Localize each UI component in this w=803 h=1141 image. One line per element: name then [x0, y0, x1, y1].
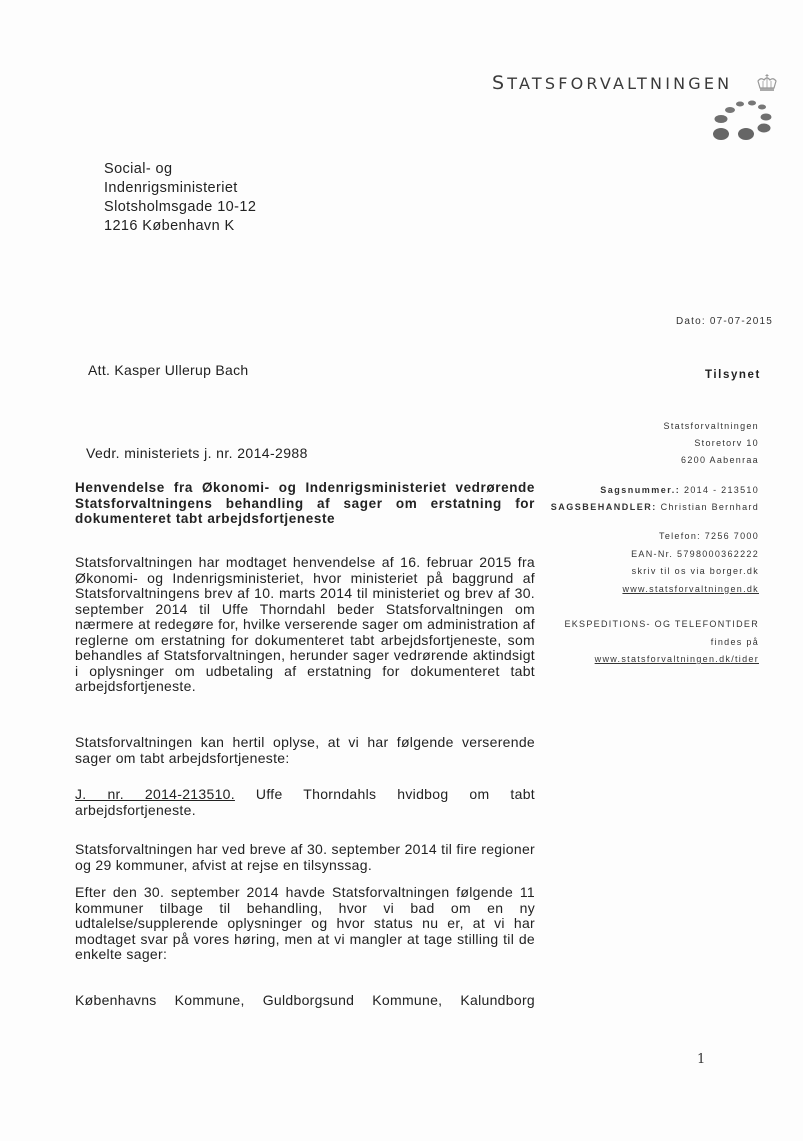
- date-label: Dato:: [676, 316, 706, 327]
- crown-icon: [755, 74, 779, 92]
- sender-address: Statsforvaltningen Storetorv 10 6200 Aab…: [664, 418, 759, 469]
- write-via: skriv til os via borger.dk: [622, 563, 759, 581]
- department-name: Tilsynet: [705, 369, 761, 381]
- sender-address-line: Statsforvaltningen: [664, 418, 759, 435]
- headline-text: Henvendelse fra Økonomi- og Indenrigsmin…: [75, 480, 535, 527]
- sender-address-line: 6200 Aabenraa: [664, 452, 759, 469]
- attention-line: Att. Kasper Ullerup Bach: [88, 362, 249, 378]
- paragraph-text: J. nr. 2014-213510. Uffe Thorndahls hvid…: [75, 787, 535, 818]
- paragraph-text: Efter den 30. september 2014 havde Stats…: [75, 885, 535, 963]
- contact-info: Telefon: 7256 7000 EAN-Nr. 5798000362222…: [622, 528, 759, 598]
- ean-number: EAN-Nr. 5798000362222: [622, 546, 759, 564]
- hours-heading: EKSPEDITIONS- OG TELEFONTIDER: [564, 616, 759, 634]
- caseworker: SAGSBEHANDLER: Christian Bernhard: [551, 499, 759, 516]
- paragraph-text: Statsforvaltningen kan hertil oplyse, at…: [75, 735, 535, 766]
- paragraph: Statsforvaltningen kan hertil oplyse, at…: [75, 735, 535, 766]
- case-number-value: 2014 - 213510: [684, 485, 759, 495]
- paragraph-text: Statsforvaltningen har modtaget henvende…: [75, 555, 535, 695]
- hours-link[interactable]: www.statsforvaltningen.dk/tider: [564, 651, 759, 669]
- recipient-line: Slotsholmsgade 10-12: [104, 198, 256, 217]
- recipient-line: Social- og: [104, 160, 256, 179]
- paragraph: Statsforvaltningen har ved breve af 30. …: [75, 842, 535, 873]
- dot-circle-logo-icon: [700, 96, 780, 146]
- paragraph-text: Københavns Kommune, Guldborgsund Kommune…: [75, 993, 535, 1009]
- letter-headline: Henvendelse fra Økonomi- og Indenrigsmin…: [75, 480, 535, 527]
- case-number-label: Sagsnummer.:: [600, 485, 680, 495]
- case-reference: J. nr. 2014-213510.: [75, 786, 235, 802]
- case-number: Sagsnummer.: 2014 - 213510: [551, 482, 759, 499]
- sender-address-line: Storetorv 10: [664, 435, 759, 452]
- paragraph: Københavns Kommune, Guldborgsund Kommune…: [75, 993, 535, 1009]
- paragraph: J. nr. 2014-213510. Uffe Thorndahls hvid…: [75, 787, 535, 818]
- recipient-line: 1216 København K: [104, 217, 256, 236]
- case-info: Sagsnummer.: 2014 - 213510 SAGSBEHANDLER…: [551, 482, 759, 516]
- website-link[interactable]: www.statsforvaltningen.dk: [622, 581, 759, 599]
- hours-found: findes på: [564, 634, 759, 652]
- opening-hours-info: EKSPEDITIONS- OG TELEFONTIDER findes på …: [564, 616, 759, 669]
- date-value: 07-07-2015: [710, 316, 773, 327]
- page-number: 1: [697, 1052, 705, 1067]
- organization-logo-text: STATSFORVALTNINGEN: [492, 72, 732, 94]
- phone: Telefon: 7256 7000: [622, 528, 759, 546]
- reference-line: Vedr. ministeriets j. nr. 2014-2988: [86, 445, 308, 461]
- paragraph-text: Statsforvaltningen har ved breve af 30. …: [75, 842, 535, 873]
- recipient-address: Social- og Indenrigsministeriet Slotshol…: [104, 160, 256, 236]
- caseworker-label: SAGSBEHANDLER:: [551, 502, 657, 512]
- paragraph: Efter den 30. september 2014 havde Stats…: [75, 885, 535, 963]
- caseworker-name: Christian Bernhard: [661, 502, 759, 512]
- paragraph: Statsforvaltningen har modtaget henvende…: [75, 555, 535, 695]
- letter-date: Dato: 07-07-2015: [676, 316, 773, 327]
- recipient-line: Indenrigsministeriet: [104, 179, 256, 198]
